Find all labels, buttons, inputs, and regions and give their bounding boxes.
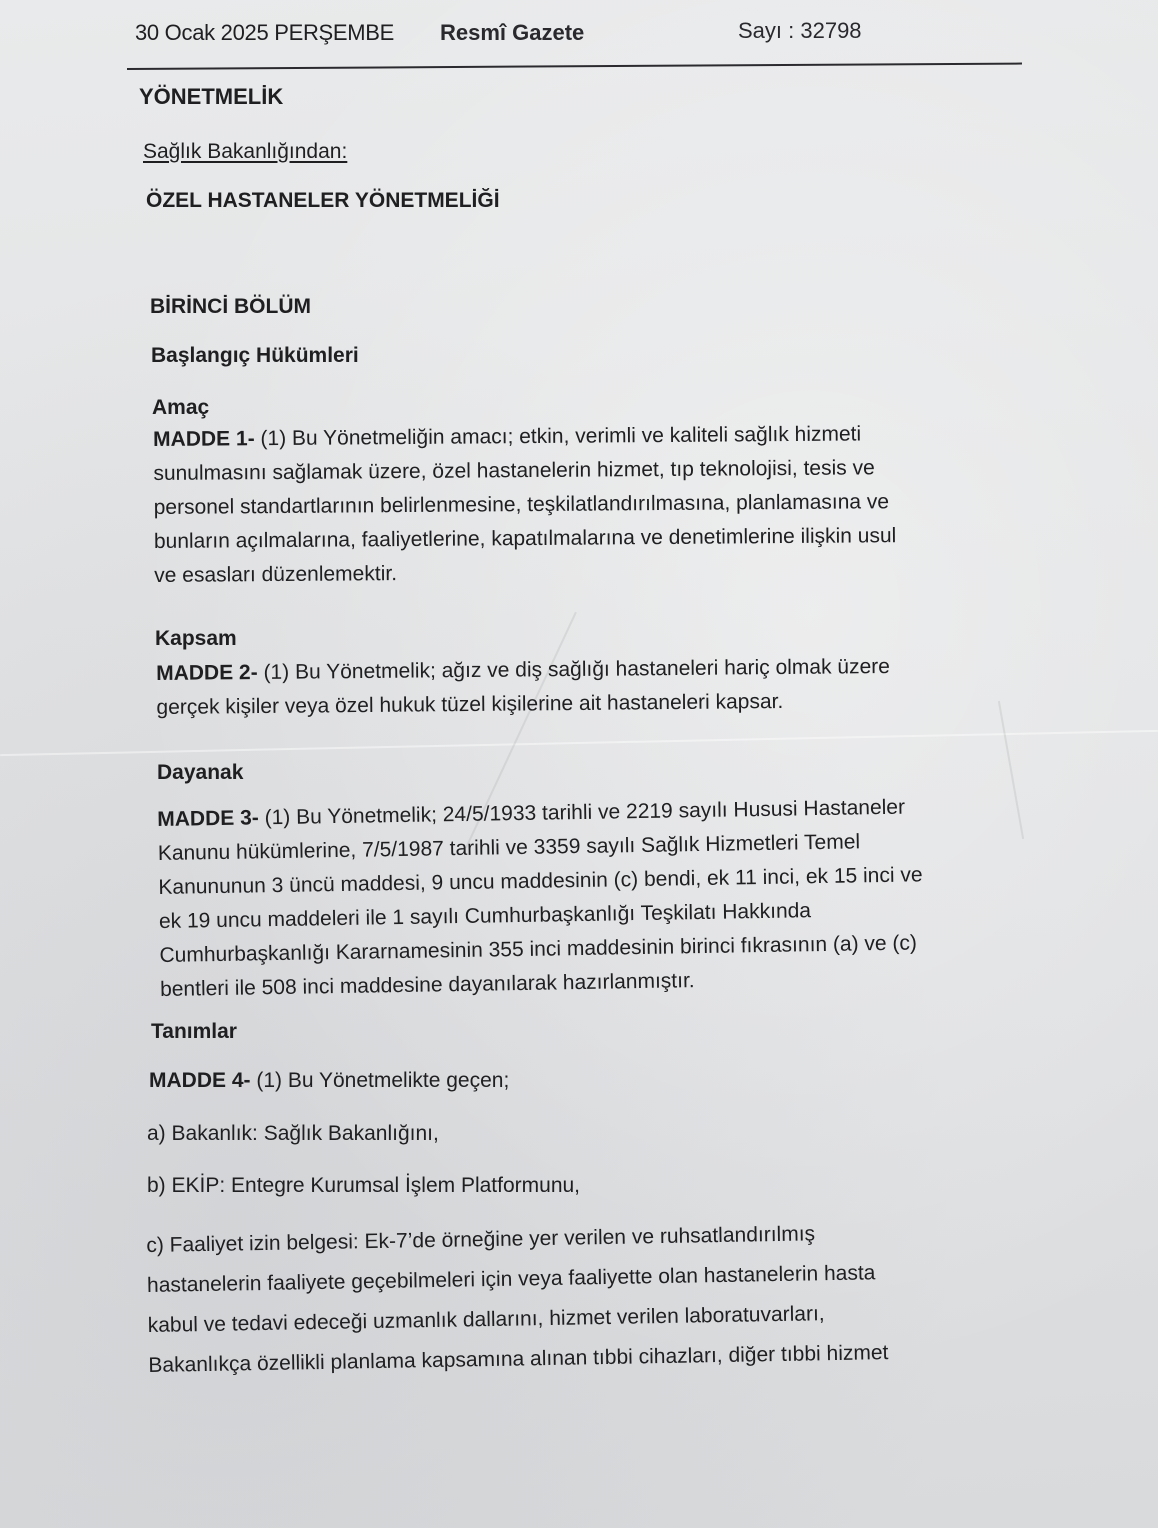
article-label: MADDE 2- — [156, 661, 258, 685]
article-heading: Amaç — [152, 397, 209, 418]
article-line: ve esasları düzenlemektir. — [154, 553, 897, 593]
page-header: 30 Ocak 2025 PERŞEMBE Resmî Gazete Sayı … — [135, 18, 1025, 48]
issue-number: Sayı : 32798 — [738, 18, 862, 44]
article-heading: Tanımlar — [151, 1021, 237, 1042]
article-line: personel standartlarının belirlenmesine,… — [154, 485, 897, 525]
definition-b: b) EKİP: Entegre Kurumsal İşlem Platform… — [147, 1175, 580, 1196]
publication-name: Resmî Gazete — [440, 20, 584, 46]
issuing-authority: Sağlık Bakanlığından: — [143, 141, 347, 162]
definition-c: c) Faaliyet izin belgesi: Ek-7’de örneği… — [146, 1213, 889, 1386]
article-heading: Kapsam — [155, 628, 237, 649]
chapter-title: Başlangıç Hükümleri — [151, 345, 359, 366]
header-divider — [127, 63, 1022, 70]
article-1: MADDE 1- (1) Bu Yönetmeliğin amacı; etki… — [153, 417, 897, 593]
article-3: MADDE 3- (1) Bu Yönetmelik; 24/5/1933 ta… — [157, 790, 925, 1007]
article-4-intro: MADDE 4- (1) Bu Yönetmelikte geçen; — [149, 1064, 509, 1098]
article-line: MADDE 4- (1) Bu Yönetmelikte geçen; — [149, 1064, 509, 1098]
article-line: MADDE 1- (1) Bu Yönetmeliğin amacı; etki… — [153, 417, 896, 457]
article-label: MADDE 1- — [153, 427, 255, 451]
publication-date: 30 Ocak 2025 PERŞEMBE — [135, 20, 394, 46]
article-line: gerçek kişiler veya özel hukuk tüzel kiş… — [156, 684, 890, 725]
article-line: bunların açılmalarına, faaliyetlerine, k… — [154, 519, 897, 559]
document-title: ÖZEL HASTANELER YÖNETMELİĞİ — [146, 190, 500, 211]
gazette-page: 30 Ocak 2025 PERŞEMBE Resmî Gazete Sayı … — [0, 0, 1158, 1528]
article-label: MADDE 4- — [149, 1069, 251, 1092]
article-line: sunulmasını sağlamak üzere, özel hastane… — [153, 451, 896, 491]
chapter-number: BİRİNCİ BÖLÜM — [150, 296, 311, 317]
article-2: MADDE 2- (1) Bu Yönetmelik; ağız ve diş … — [156, 650, 890, 725]
paper-crease — [998, 701, 1024, 839]
article-label: MADDE 3- — [157, 806, 259, 831]
definition-a: a) Bakanlık: Sağlık Bakanlığını, — [147, 1123, 439, 1144]
document-type: YÖNETMELİK — [139, 86, 283, 108]
paper-crease — [0, 730, 1158, 756]
article-heading: Dayanak — [157, 762, 243, 783]
